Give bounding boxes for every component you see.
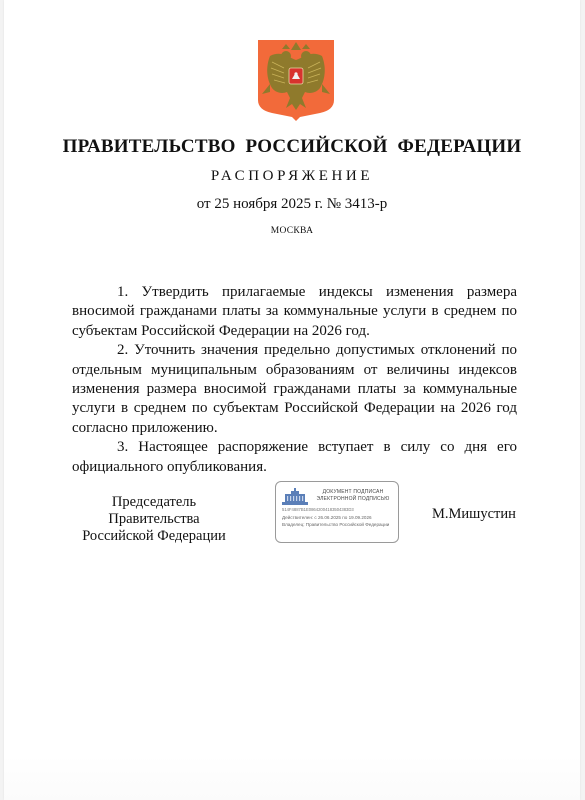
russian-coat-of-arms-icon: [256, 38, 336, 121]
certificate-validity: Действителен: с 26.06.2025 по 19.09.2026: [282, 515, 372, 520]
document-date-number: от 25 ноября 2025 г. № 3413-р: [4, 196, 580, 213]
document-type: РАСПОРЯЖЕНИЕ: [4, 168, 580, 185]
government-title: ПРАВИТЕЛЬСТВО РОССИЙСКОЙ ФЕДЕРАЦИИ: [4, 136, 580, 158]
government-building-icon: [282, 488, 308, 505]
paragraph-2: 2. Уточнить значения предельно допустимы…: [72, 341, 517, 438]
certificate-owner: Владелец: Правительство Российской Федер…: [282, 522, 392, 528]
paragraph-1: 1. Утвердить прилагаемые индексы изменен…: [72, 283, 517, 341]
document-page: ПРАВИТЕЛЬСТВО РОССИЙСКОЙ ФЕДЕРАЦИИ РАСПО…: [4, 0, 580, 800]
document-body: 1. Утвердить прилагаемые индексы изменен…: [72, 283, 517, 477]
signer-name: М.Мишустин: [432, 506, 516, 523]
signer-title-line1: Председатель Правительства: [74, 494, 234, 528]
electronic-signature-stamp: ДОКУМЕНТ ПОДПИСАН ЭЛЕКТРОННОЙ ПОДПИСЬЮ 5…: [275, 481, 399, 543]
signer-title-line2: Российской Федерации: [74, 528, 234, 545]
signer-title: Председатель Правительства Российской Фе…: [74, 494, 234, 545]
paragraph-3: 3. Настоящее распоряжение вступает в сил…: [72, 438, 517, 477]
stamp-heading: ДОКУМЕНТ ПОДПИСАН ЭЛЕКТРОННОЙ ПОДПИСЬЮ: [310, 489, 396, 502]
certificate-serial: 514F4887B1E08642004183504383D3: [282, 507, 354, 512]
document-city: МОСКВА: [4, 226, 580, 236]
